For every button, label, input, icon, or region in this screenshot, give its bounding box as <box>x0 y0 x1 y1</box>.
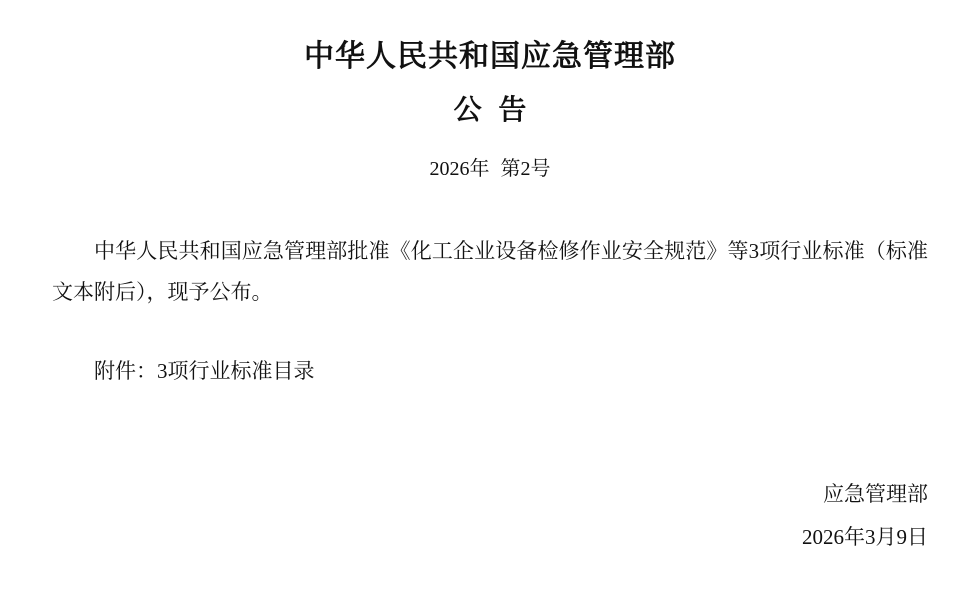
document-title: 中华人民共和国应急管理部 <box>52 40 928 75</box>
signing-agency: 应急管理部 <box>52 473 928 516</box>
attachment-line: 附件：3项行业标准目录 <box>52 351 928 392</box>
announcement-document: 中华人民共和国应急管理部 公 告 2026年 第2号 中华人民共和国应急管理部批… <box>0 0 961 607</box>
body-paragraph: 中华人民共和国应急管理部批准《化工企业设备检修作业安全规范》等3项行业标准（标准… <box>52 231 928 313</box>
signing-date: 2026年3月9日 <box>52 516 928 559</box>
document-subtitle: 公 告 <box>52 95 928 127</box>
signature-block: 应急管理部 2026年3月9日 <box>52 473 928 559</box>
issue-number: 2026年 第2号 <box>52 157 928 181</box>
